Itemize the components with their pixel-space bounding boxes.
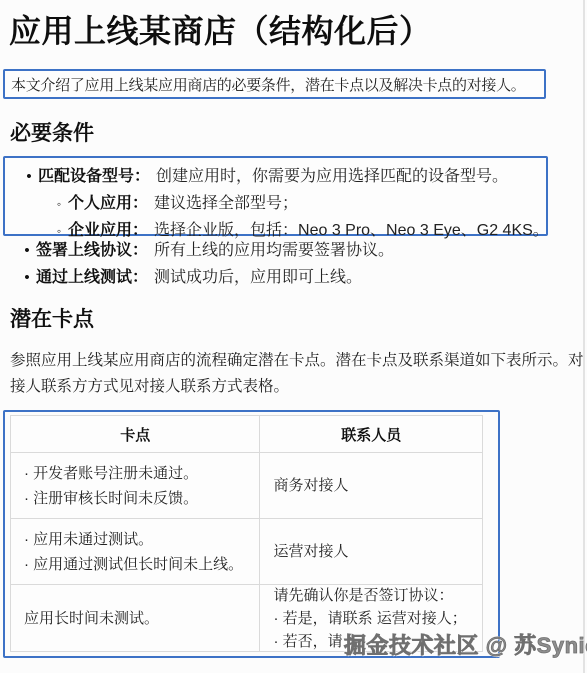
page-right-edge-divider [583,0,585,673]
table-cell-blocker: 应用长时间未测试。 [11,585,260,651]
table-header-row: 卡点 联系人员 [11,416,482,453]
list-item-label: 个人应用： [68,195,148,212]
cell-line: 商务对接人 [273,473,348,498]
section-heading-requirements: 必要条件 [10,117,94,147]
list-item-text: 测试成功后，应用即可上线。 [154,269,362,286]
table-cell-contact: 运营对接人 [260,519,482,584]
site-watermark: 掘金技术社区 @ 苏Synic22 [344,629,587,660]
blockers-paragraph: 参照应用上线某应用商店的流程确定潜在卡点。潜在卡点及联系渠道如下表所示。对 接人… [10,348,585,400]
cell-line: · 应用通过测试但长时间未上线。 [24,552,243,577]
list-item-text: 创建应用时，你需要为应用选择匹配的设备型号。 [156,168,508,185]
list-item: •匹配设备型号：创建应用时，你需要为应用选择匹配的设备型号。 [5,163,546,190]
table-cell-contact: 商务对接人 [260,453,482,518]
cell-line: · 若否，请 [273,630,342,653]
list-item-label: 签署上线协议： [36,242,148,259]
requirements-list: •签署上线协议：所有上线的应用均需要签署协议。 •通过上线测试：测试成功后，应用… [3,237,563,291]
intro-text: 本文介绍了应用上线某应用商店的必要条件，潜在卡点以及解决卡点的对接人。 [11,74,526,95]
paragraph-line: 接人联系方方式见对接人联系方式表格。 [10,374,585,400]
list-item-text: 建议选择全部型号； [154,195,298,212]
bullet-icon: • [20,264,34,291]
cell-line: · 注册审核长时间未反馈。 [24,486,198,511]
page-title: 应用上线某商店（结构化后） [9,6,432,52]
list-item-label: 匹配设备型号： [38,168,150,185]
table-row: · 开发者账号注册未通过。 · 注册审核长时间未反馈。 商务对接人 [11,453,482,519]
cell-line: 请先确认你是否签订协议： [273,584,453,607]
cell-line: 运营对接人 [273,539,348,564]
document-page: 应用上线某商店（结构化后） 本文介绍了应用上线某应用商店的必要条件，潜在卡点以及… [0,0,587,673]
list-item-text: 所有上线的应用均需要签署协议。 [154,242,394,259]
cell-line: 应用长时间未测试。 [24,606,159,631]
section-heading-blockers: 潜在卡点 [10,303,94,333]
blockers-table: 卡点 联系人员 · 开发者账号注册未通过。 · 注册审核长时间未反馈。 商务对接… [10,415,483,652]
table-header-blocker: 卡点 [11,416,260,452]
intro-highlight-box: 本文介绍了应用上线某应用商店的必要条件，潜在卡点以及解决卡点的对接人。 [3,69,546,99]
cell-line: · 若是，请联系 运营对接人； [273,607,466,630]
list-item-label: 通过上线测试： [36,269,148,286]
table-header-contact: 联系人员 [260,416,482,452]
paragraph-line: 参照应用上线某应用商店的流程确定潜在卡点。潜在卡点及联系渠道如下表所示。对 [10,348,585,374]
table-row: · 应用未通过测试。 · 应用通过测试但长时间未上线。 运营对接人 [11,519,482,585]
list-subitem: ◦个人应用：建议选择全部型号； [5,190,546,217]
circle-bullet-icon: ◦ [52,191,66,218]
cell-line: · 应用未通过测试。 [24,527,153,552]
list-item: •签署上线协议：所有上线的应用均需要签署协议。 [3,237,563,264]
requirements-highlight-box: •匹配设备型号：创建应用时，你需要为应用选择匹配的设备型号。 ◦个人应用：建议选… [3,156,548,236]
cell-line: · 开发者账号注册未通过。 [24,461,198,486]
table-cell-blocker: · 开发者账号注册未通过。 · 注册审核长时间未反馈。 [11,453,260,518]
table-cell-blocker: · 应用未通过测试。 · 应用通过测试但长时间未上线。 [11,519,260,584]
bullet-icon: • [20,237,34,264]
bullet-icon: • [22,163,36,190]
list-item: •通过上线测试：测试成功后，应用即可上线。 [3,264,563,291]
